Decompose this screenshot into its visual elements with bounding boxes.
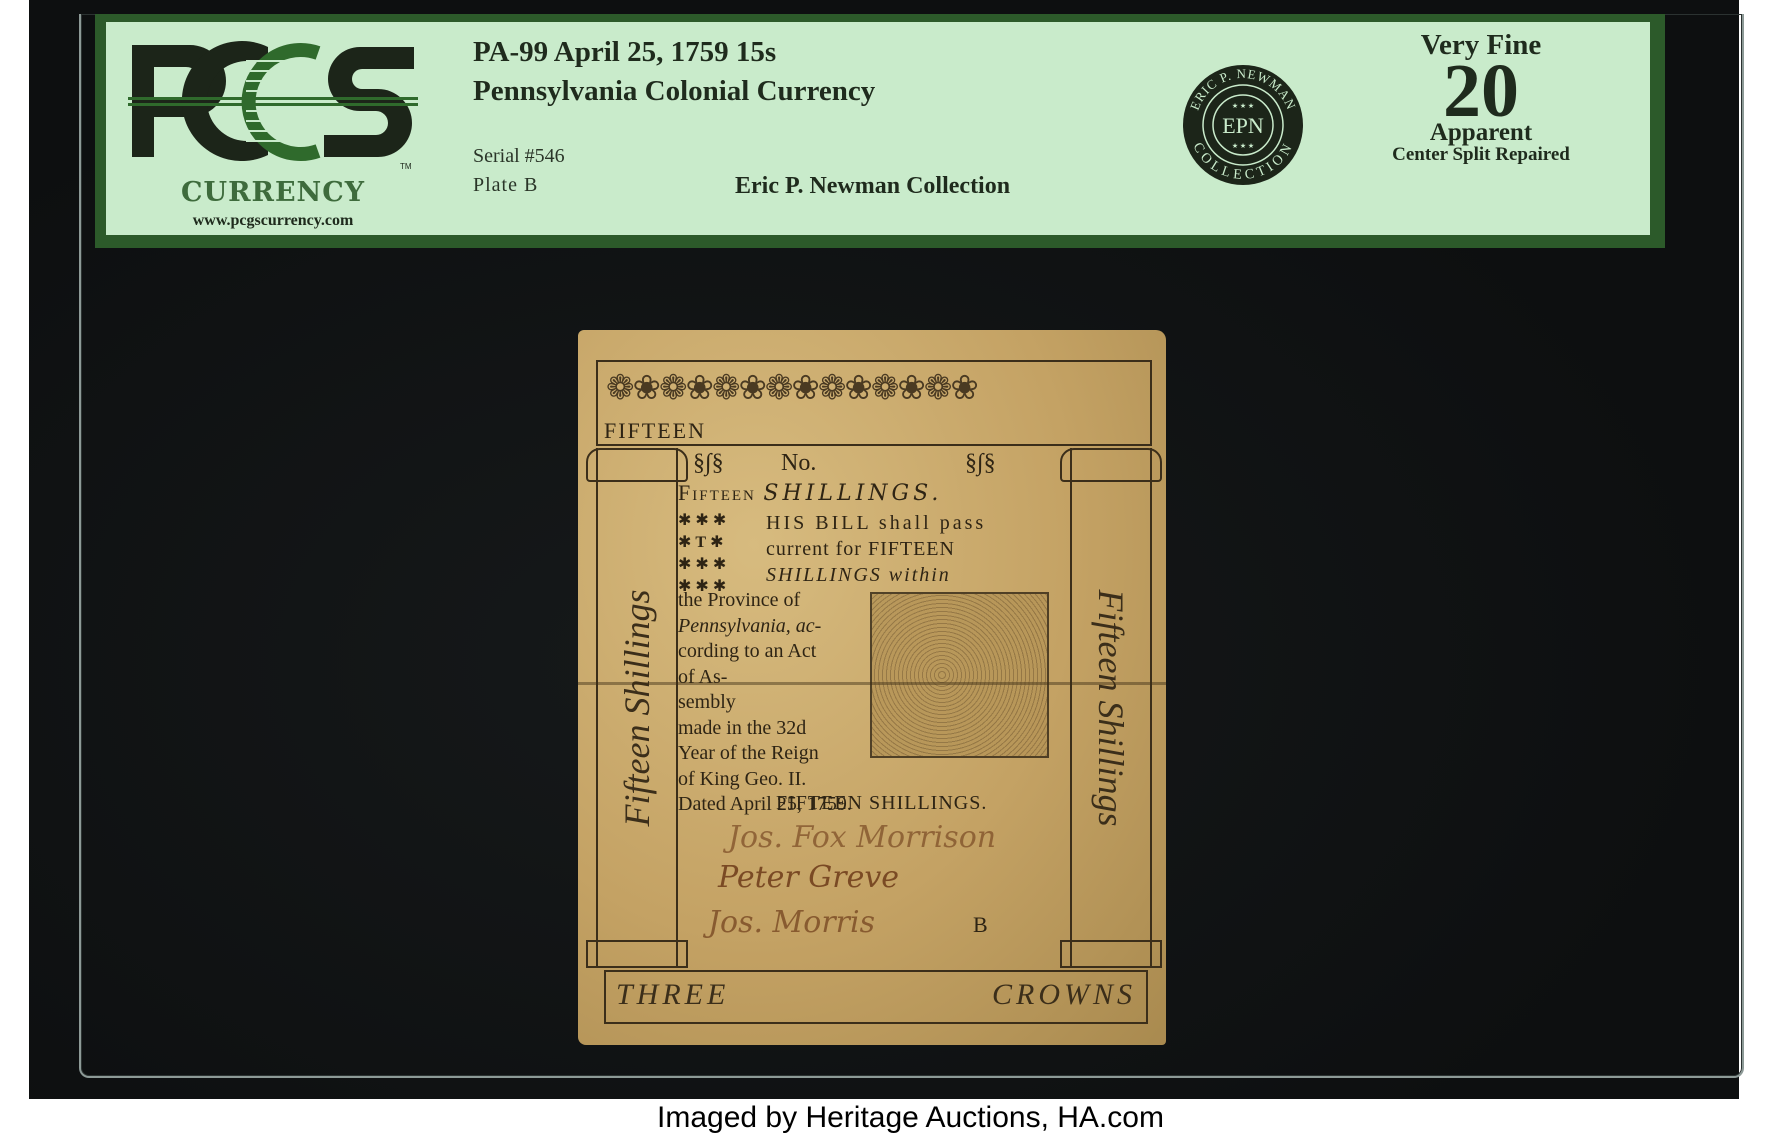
center-fold-line <box>578 682 1166 685</box>
label-panel: TM CURRENCY www.pcgscurrency.com PA-99 A… <box>106 22 1650 235</box>
pedigree-text: Eric P. Newman Collection <box>735 173 1010 200</box>
grade-qualifier: Apparent <box>1366 122 1596 144</box>
grading-label: TM CURRENCY www.pcgscurrency.com PA-99 A… <box>95 14 1665 248</box>
signature: Peter Greve <box>718 860 899 895</box>
note-body-left: the Province of Pennsylvania, ac- cordin… <box>678 588 878 818</box>
note-top-panel: ❁❀❁❀❁❀❁❀❁❀❁❀❁❀ FIFTEEN <box>596 360 1152 446</box>
catalog-title: PA-99 April 25, 1759 15s <box>473 36 776 69</box>
svg-text:EPN: EPN <box>1222 113 1264 138</box>
svg-text:★ ★ ★: ★ ★ ★ <box>1232 102 1254 110</box>
banknote: ❁❀❁❀❁❀❁❀❁❀❁❀❁❀ FIFTEEN Fifteen Shillings… <box>578 330 1166 1045</box>
svg-text:TM: TM <box>400 162 412 171</box>
ornament-icon: §∫§ <box>693 450 724 477</box>
note-vignette <box>870 592 1049 758</box>
pcgs-currency-logo: TM CURRENCY www.pcgscurrency.com <box>128 37 418 227</box>
signature: Jos. Fox Morrison <box>728 820 996 855</box>
left-column-text: Fifteen Shillings <box>616 590 658 827</box>
note-bottom-panel: THREE CROWNS <box>604 970 1148 1024</box>
catalog-subtitle: Pennsylvania Colonial Currency <box>473 75 875 108</box>
note-number-label: No. <box>781 450 816 477</box>
note-right-column: Fifteen Shillings <box>1070 448 1152 968</box>
note-plate-letter: B <box>973 912 988 938</box>
svg-text:★ ★ ★: ★ ★ ★ <box>1232 142 1254 150</box>
right-column-text: Fifteen Shillings <box>1090 590 1132 827</box>
plate-letter-label: Plate B <box>473 174 538 197</box>
ornament-icon: §∫§ <box>965 450 996 477</box>
logo-url: www.pcgscurrency.com <box>128 212 418 230</box>
scrollwork-ornament-icon: ❁❀❁❀❁❀❁❀❁❀❁❀❁❀ <box>606 368 1142 414</box>
grade-note: Center Split Repaired <box>1366 144 1596 166</box>
note-left-column: Fifteen Shillings <box>596 448 678 968</box>
image-credit-caption: Imaged by Heritage Auctions, HA.com <box>0 1101 1769 1135</box>
note-top-panel-text: FIFTEEN <box>604 418 706 444</box>
note-body-top: HIS BILL shall pass current for FIFTEEN … <box>766 510 1066 588</box>
grade-number: 20 <box>1366 60 1596 122</box>
pcgs-wordmark-icon: TM <box>128 37 418 187</box>
serial-number: Serial #546 <box>473 145 565 168</box>
note-amount-line: FIFTEEN SHILLINGS. <box>776 792 987 815</box>
star-circle-icon: ✱✱✱✱T✱✱✱✱✱✱✱ <box>678 510 758 598</box>
logo-currency-text: CURRENCY <box>128 177 418 208</box>
grade-block: Very Fine 20 Apparent Center Split Repai… <box>1366 30 1596 166</box>
epn-collection-seal-icon: ERIC P. NEWMAN COLLECTION EPN ★ ★ ★ ★ ★ … <box>1182 64 1304 186</box>
signature: Jos. Morris <box>708 905 875 940</box>
note-denomination: Fifteen SHILLINGS. <box>678 480 942 506</box>
